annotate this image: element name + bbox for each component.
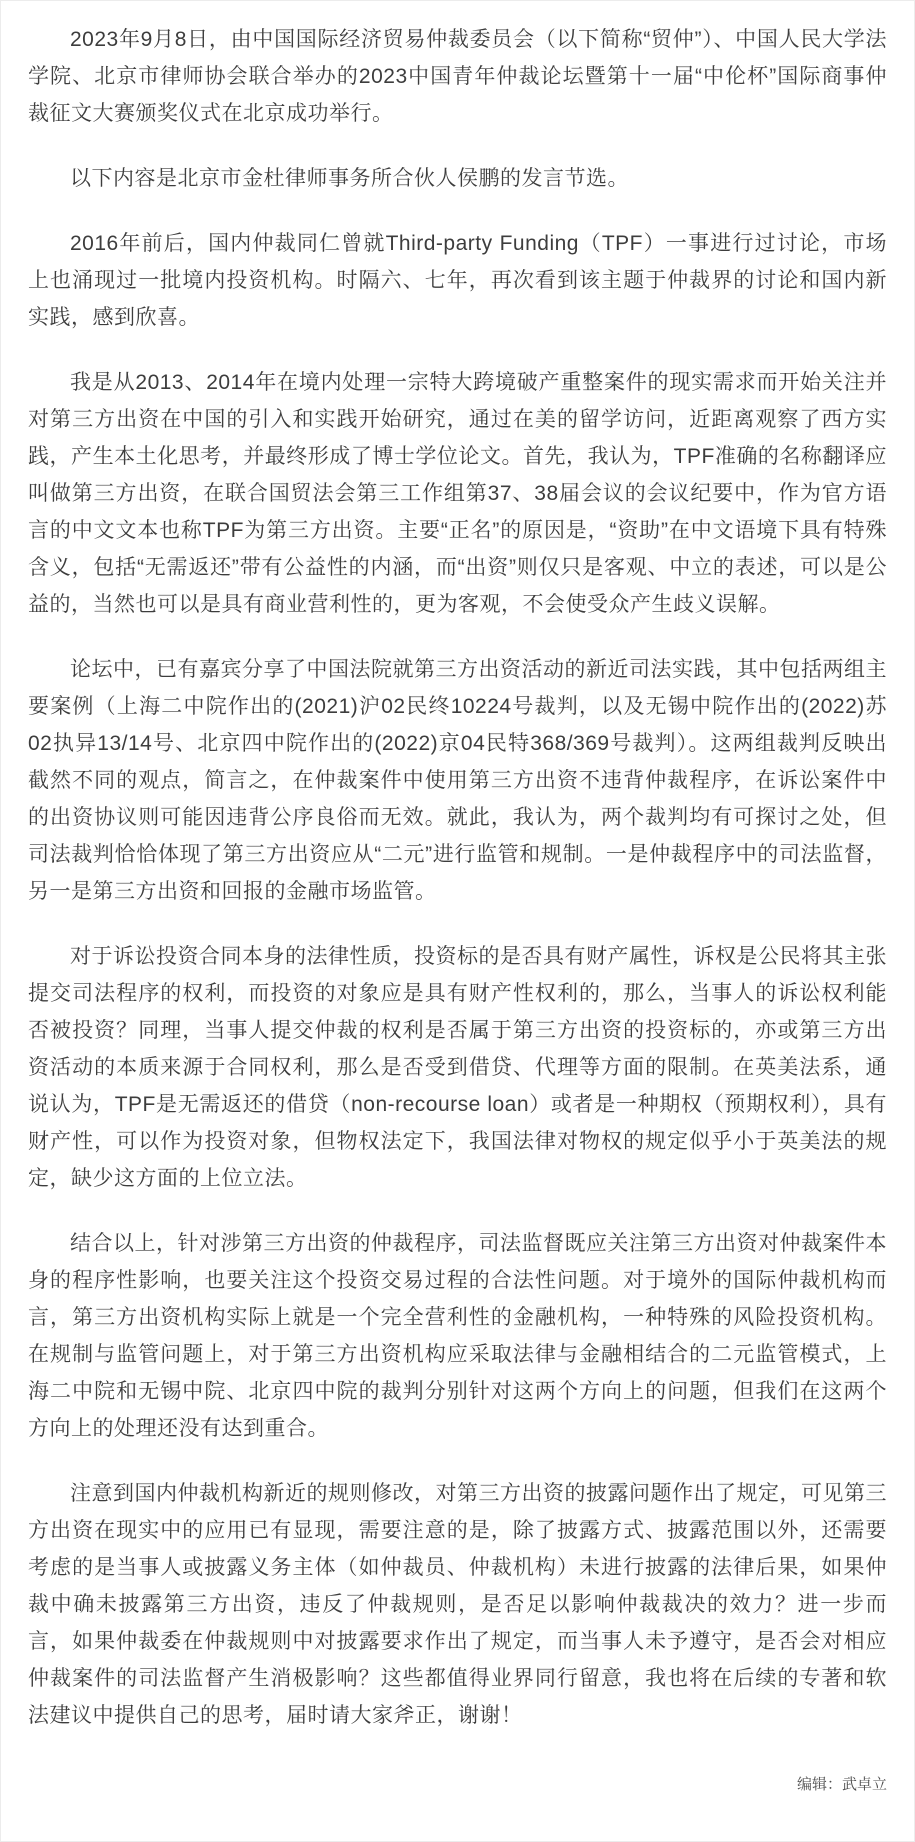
paragraph-case-examples: 论坛中，已有嘉宾分享了中国法院就第三方出资活动的新近司法实践，其中包括两组主要案… bbox=[28, 651, 887, 910]
paragraph-speaker-intro: 以下内容是北京市金杜律师事务所合伙人侯鹏的发言节选。 bbox=[28, 160, 887, 197]
paragraph-tpf-history: 2016年前后，国内仲裁同仁曾就Third-party Funding（TPF）… bbox=[28, 225, 887, 336]
paragraph-tpf-naming: 我是从2013、2014年在境内处理一宗特大跨境破产重整案件的现实需求而开始关注… bbox=[28, 364, 887, 623]
article-page: 2023年9月8日，由中国国际经济贸易仲裁委员会（以下简称“贸仲”）、中国人民大… bbox=[0, 0, 915, 1842]
editor-credit: 编辑：武卓立 bbox=[28, 1774, 887, 1796]
paragraph-event-intro: 2023年9月8日，由中国国际经济贸易仲裁委员会（以下简称“贸仲”）、中国人民大… bbox=[28, 21, 887, 132]
paragraph-disclosure: 注意到国内仲裁机构新近的规则修改，对第三方出资的披露问题作出了规定，可见第三方出… bbox=[28, 1475, 887, 1734]
article-body: 2023年9月8日，由中国国际经济贸易仲裁委员会（以下简称“贸仲”）、中国人民大… bbox=[28, 21, 887, 1796]
paragraph-supervision: 结合以上，针对涉第三方出资的仲裁程序，司法监督既应关注第三方出资对仲裁案件本身的… bbox=[28, 1225, 887, 1447]
paragraph-legal-nature: 对于诉讼投资合同本身的法律性质，投资标的是否具有财产属性，诉权是公民将其主张提交… bbox=[28, 938, 887, 1197]
